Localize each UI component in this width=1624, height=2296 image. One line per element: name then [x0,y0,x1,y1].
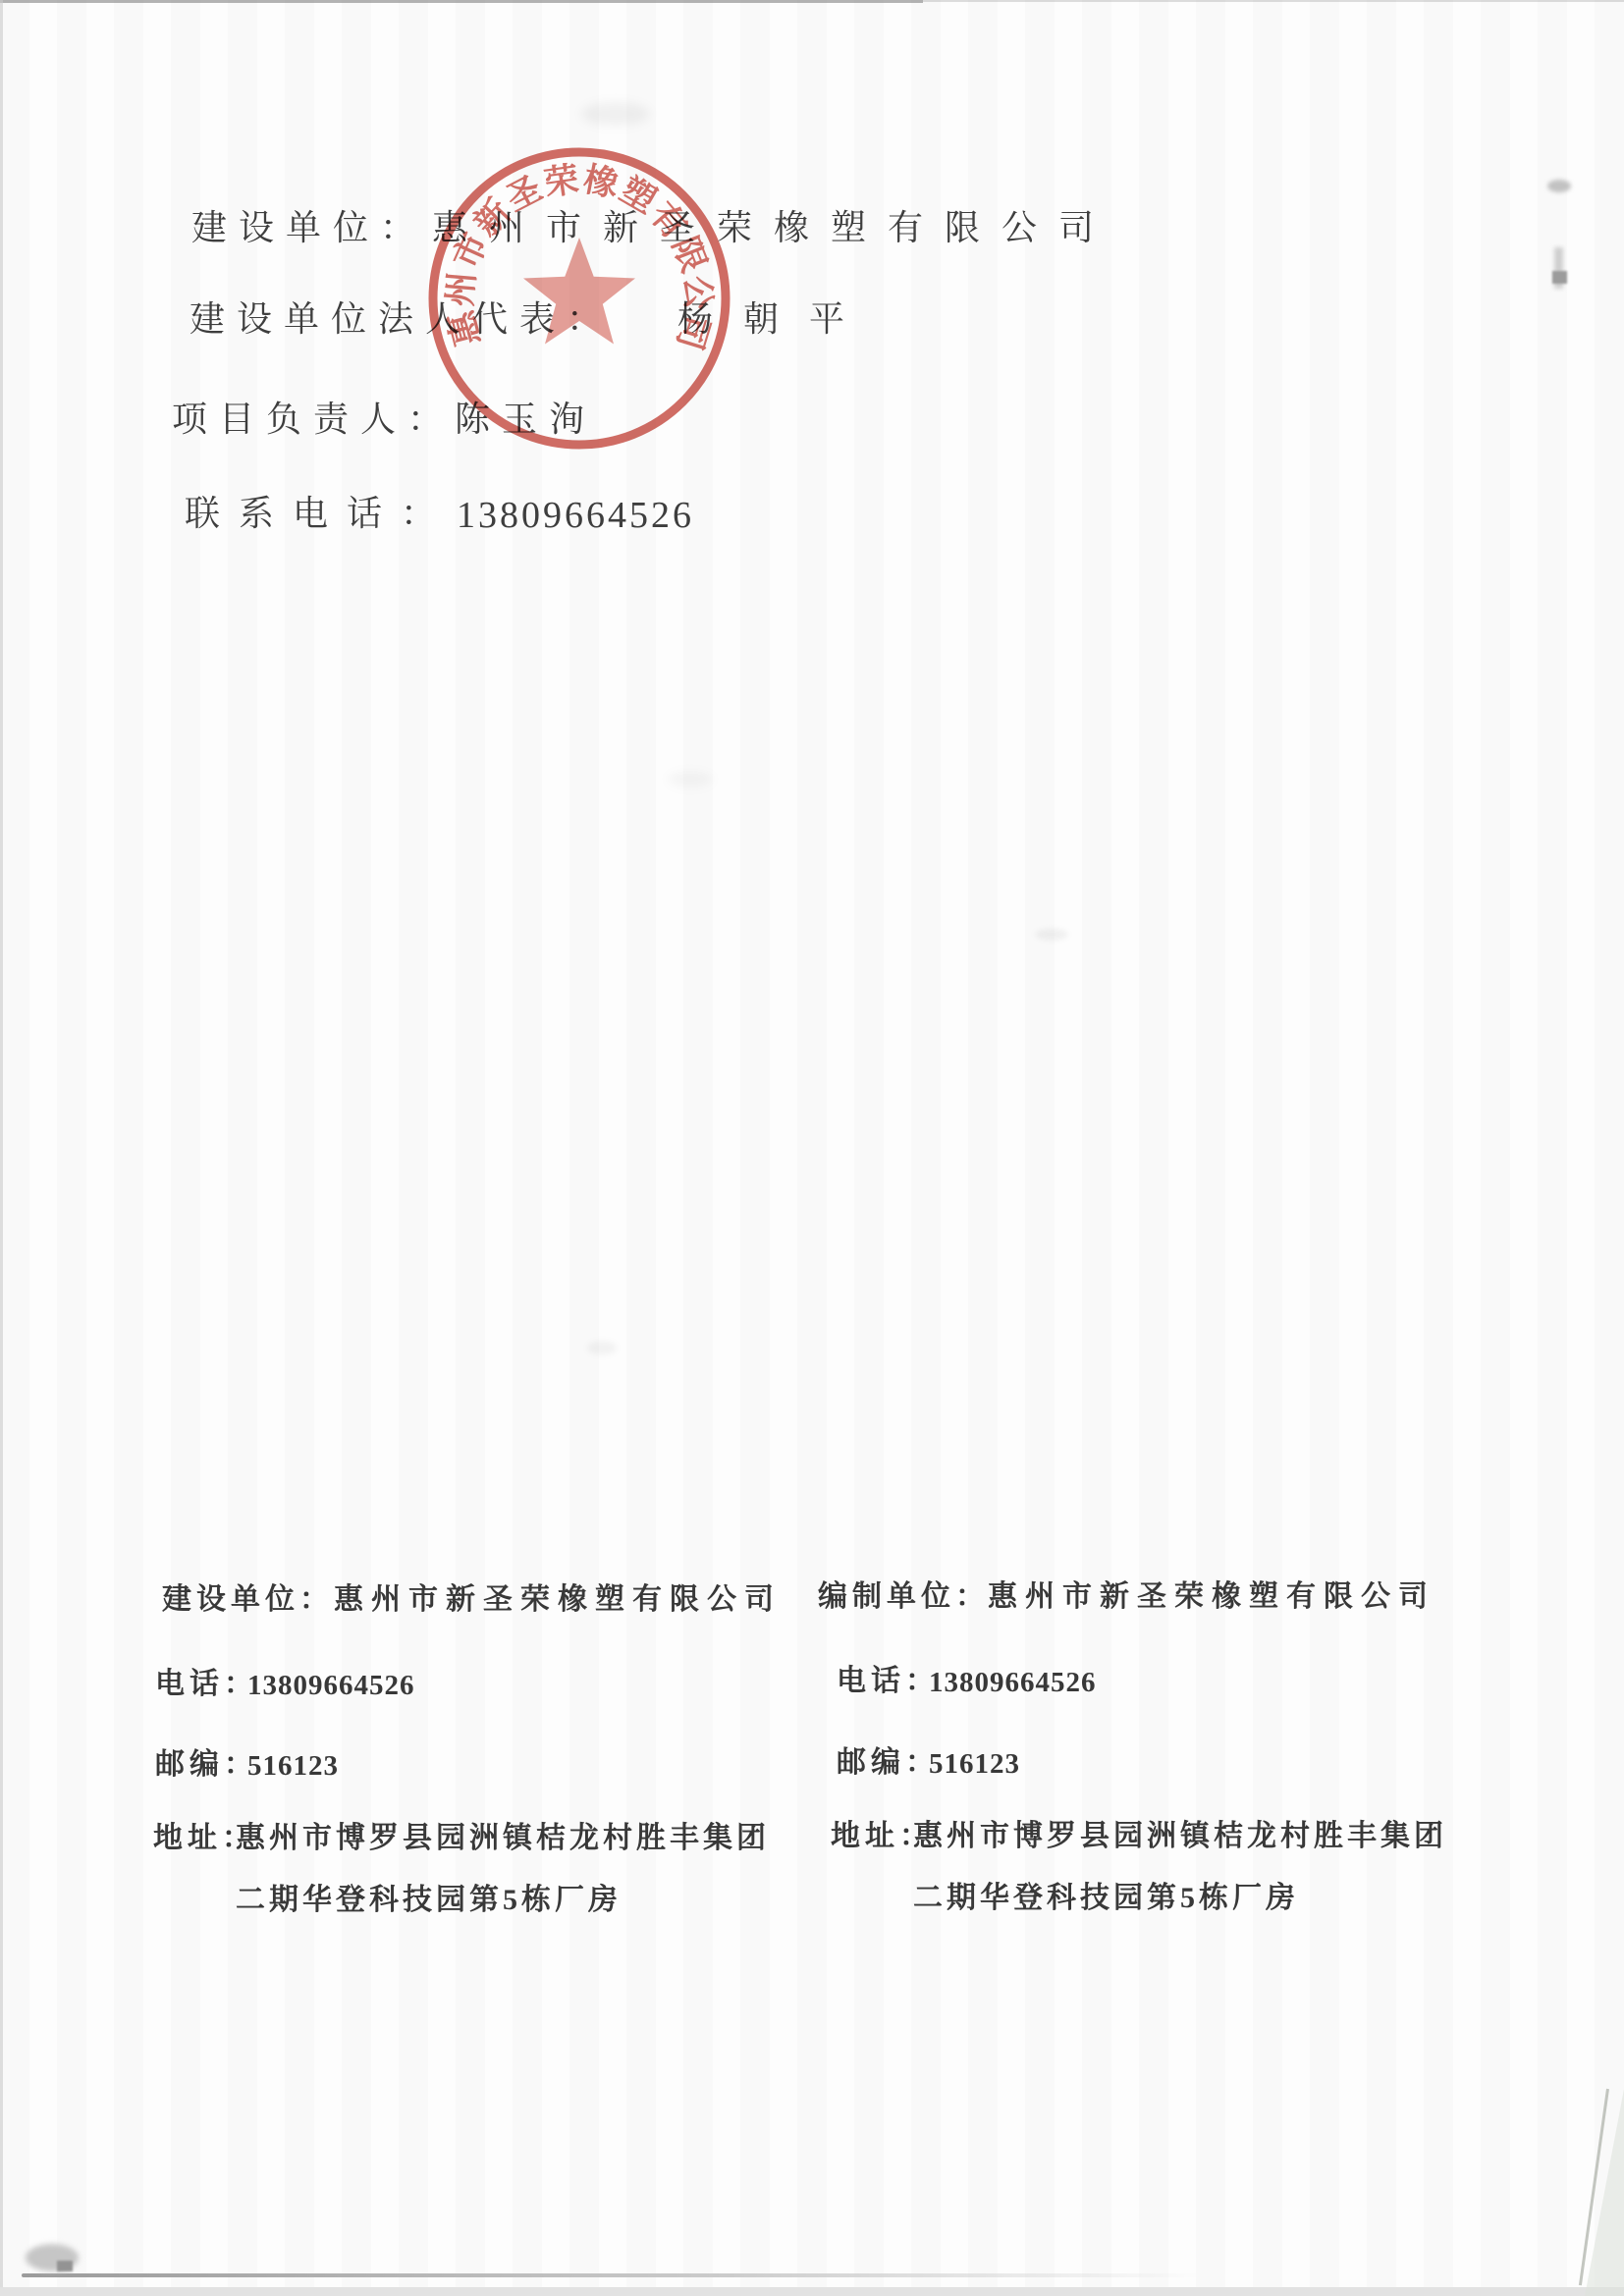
project-manager-label: 项目负责人： [172,401,455,437]
footer-right-org-value: 惠州市新圣荣橡塑有限公司 [988,1582,1435,1612]
footer-left-address-line2: 二期华登科技园第5栋厂房 [236,1886,622,1915]
footer-left-org-value: 惠州市新圣荣橡塑有限公司 [334,1585,782,1615]
company-seal: 惠州市新圣荣橡塑有限公司 [422,142,736,456]
footer-right-postcode-value: 516123 [929,1750,1020,1779]
footer-right-org-label: 编制单位： [818,1582,990,1612]
scan-stripe-texture [0,0,1624,2296]
footer-left-address-line1: 惠州市博罗县园洲镇桔龙村胜丰集团 [236,1824,770,1853]
footer-left-phone-label: 电话： [155,1670,258,1699]
contact-phone-label: 联系电话： [185,496,455,531]
footer-left-org-label: 建设单位： [162,1585,334,1615]
footer-left-phone-value: 13809664526 [247,1672,415,1700]
footer-right-postcode-label: 邮编： [837,1748,940,1778]
footer-right-address-line2: 二期华登科技园第5栋厂房 [913,1884,1299,1913]
footer-left-postcode-value: 516123 [247,1752,339,1781]
scanned-document-page: 建设单位： 惠州市新圣荣橡塑有限公司 建设单位法人代表： 杨朝平 项目负责人： … [0,0,1624,2296]
footer-right-phone-value: 13809664526 [929,1669,1097,1697]
contact-phone-value: 13809664526 [457,497,694,534]
footer-right-phone-label: 电话： [837,1667,940,1696]
footer-right-address-line1: 惠州市博罗县园洲镇桔龙村胜丰集团 [913,1822,1447,1851]
construction-unit-label: 建设单位： [191,210,427,245]
footer-left-postcode-label: 邮编： [155,1750,258,1780]
seal-star-icon [523,238,635,345]
